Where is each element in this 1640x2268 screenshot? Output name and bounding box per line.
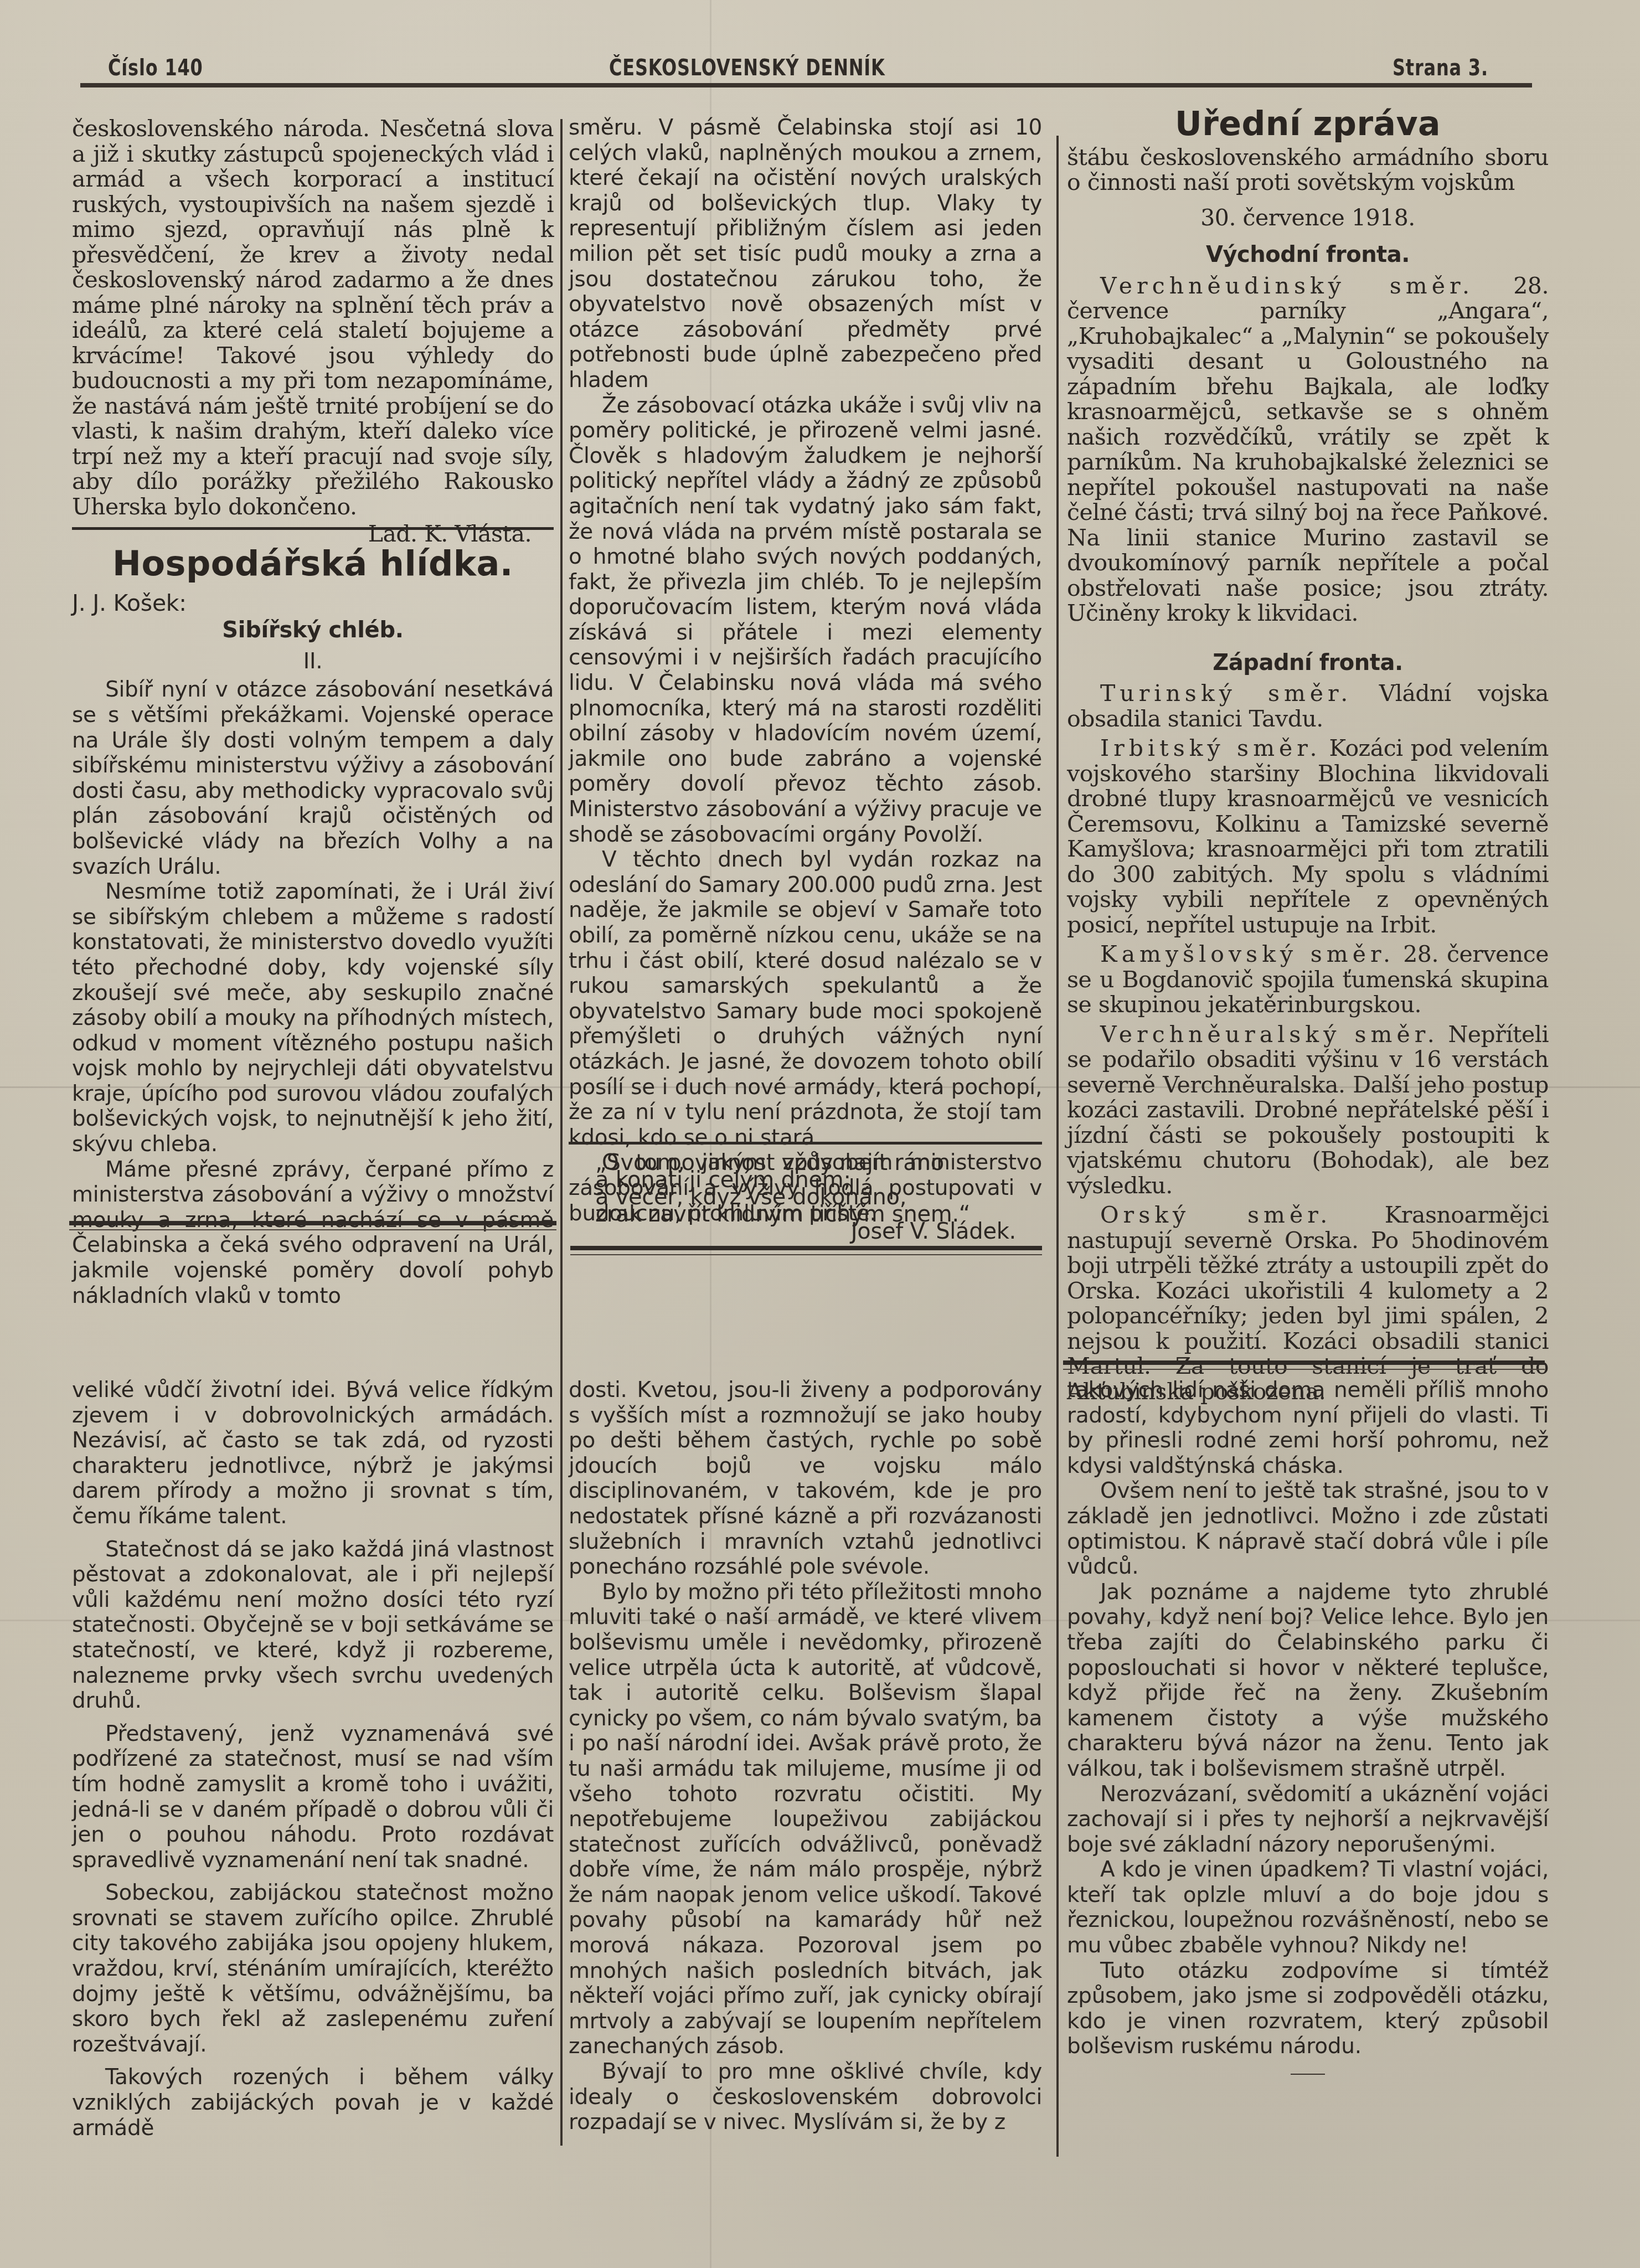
front-report: Kamyšlovský směr. 28. července se u Bogd…: [1067, 942, 1549, 1018]
poem-quote: „Svou povinnost vždy najít ráno a konati…: [595, 1154, 1033, 1240]
direction-label: Kamyšlovský směr.: [1100, 941, 1395, 967]
east-front-heading: Východní fronta.: [1067, 243, 1549, 268]
paragraph: Nesmíme totiž zapomínati, že i Urál živí…: [72, 879, 554, 1157]
front-report: Verchněudinský směr. 28. července parník…: [1067, 274, 1549, 626]
paragraph: Máme přesné zprávy, čerpané přímo z mini…: [72, 1157, 554, 1309]
front-report: Irbitský směr. Kozáci pod velením vojsko…: [1067, 736, 1549, 937]
front-report: Verchněuralský směr. Nepříteli se podaři…: [1067, 1022, 1549, 1199]
article-title: Sibířský chléb.: [72, 618, 554, 643]
part-number: II.: [72, 649, 554, 674]
direction-label: Irbitský směr.: [1100, 735, 1321, 761]
section-rule: [1063, 1369, 1545, 1370]
direction-label: Verchněuralský směr.: [1100, 1021, 1439, 1048]
direction-label: Orský směr.: [1100, 1202, 1332, 1228]
section-rule: [570, 1246, 1042, 1250]
bravery-article: veliké vůdčí životní idei. Bývá velice ř…: [72, 1378, 554, 2141]
section-rule: [1063, 1360, 1545, 1365]
newspaper-title: ČESKOSLOVENSKÝ DENNÍK: [609, 55, 885, 81]
bravery-article-end: takových lidí naši doma neměli příliš mn…: [1067, 1378, 1549, 2075]
paragraph: Tuto otázku zodpovíme si tímtéž způsobem…: [1067, 1958, 1549, 2059]
section-rule: [69, 1229, 556, 1230]
end-rule: [1291, 2074, 1325, 2075]
page-number: Strana 3.: [1393, 55, 1488, 81]
section-rule: [570, 1254, 1042, 1255]
paragraph: směru. V pásmě Čelabinska stojí asi 10 c…: [569, 115, 1042, 393]
paragraph: Bývají to pro mne ošklivé chvíle, kdy id…: [569, 2059, 1042, 2135]
paragraph: dosti. Kvetou, jsou-li živeny a podporov…: [569, 1378, 1042, 1580]
paragraph: Že zásobovací otázka ukáže i svůj vliv n…: [569, 393, 1042, 848]
article-continuation: československého národa. Nesčetná slova …: [72, 116, 554, 547]
paragraph: Ovšem není to ještě tak strašné, jsou to…: [1067, 1478, 1549, 1579]
front-report: Turinský směr. Vládní vojska obsadila st…: [1067, 681, 1549, 731]
report-subtitle: štábu československého armádního sboru o…: [1067, 145, 1549, 195]
official-report: Uřední zpráva štábu československého arm…: [1067, 112, 1549, 1404]
paragraph: A kdo je vinen úpadkem? Ti vlastní vojác…: [1067, 1857, 1549, 1958]
front-report: Orský směr. Krasnoarmějci nastupují seve…: [1067, 1203, 1549, 1404]
west-front-heading: Západní fronta.: [1067, 651, 1549, 676]
report-text: Krasnoarmějci nastupují severně Orska. P…: [1067, 1202, 1549, 1405]
economic-watch-section: Hospodářská hlídka. J. J. Košek: Sibířsk…: [72, 551, 554, 1308]
report-text: Nepříteli se podařilo obsaditi výšinu v …: [1067, 1021, 1549, 1199]
paragraph: takových lidí naši doma neměli příliš mn…: [1067, 1378, 1549, 1478]
column-divider: [1056, 136, 1059, 2157]
direction-label: Verchněudinský směr.: [1100, 272, 1474, 299]
article-text: československého národa. Nesčetná slova …: [72, 116, 554, 519]
report-text: Kozáci pod velením vojskového staršiny B…: [1067, 735, 1549, 938]
paragraph: Sobeckou, zabijáckou statečnost možno sr…: [72, 1880, 554, 2057]
report-text: 28. července parníky „Angara“, „Kruhobaj…: [1067, 272, 1549, 627]
paragraph: Bylo by možno při této příležitosti mnoh…: [569, 1580, 1042, 2059]
paragraph: veliké vůdčí životní idei. Bývá velice ř…: [72, 1378, 554, 1529]
section-rule: [69, 1221, 556, 1225]
section-rule: [569, 1142, 1042, 1145]
author: J. J. Košek:: [72, 591, 554, 616]
paragraph: Takových rozených i během války vzniklýc…: [72, 2065, 554, 2141]
report-title: Uřední zpráva: [1067, 112, 1549, 137]
paragraph: V těchto dnech byl vydán rozkaz na odesl…: [569, 847, 1042, 1150]
masthead-rule: [80, 83, 1532, 87]
issue-number: Číslo 140: [108, 55, 203, 81]
paragraph: Sibíř nyní v otázce zásobování nesetkává…: [72, 677, 554, 879]
section-rule: [72, 527, 554, 530]
bravery-article-continued: dosti. Kvetou, jsou-li živeny a podporov…: [569, 1378, 1042, 2135]
report-date: 30. července 1918.: [1067, 205, 1549, 231]
economic-watch-continued: směru. V pásmě Čelabinska stojí asi 10 c…: [569, 115, 1042, 1226]
paragraph: Nerozvázaní, svědomití a ukáznění vojáci…: [1067, 1782, 1549, 1858]
column-divider: [560, 119, 563, 2146]
paragraph: Představený, jenž vyznamenává své podříz…: [72, 1721, 554, 1873]
paragraph: Statečnost dá se jako každá jiná vlastno…: [72, 1537, 554, 1714]
section-title: Hospodářská hlídka.: [72, 551, 554, 576]
paragraph: Jak poznáme a najdeme tyto zhrublé povah…: [1067, 1580, 1549, 1782]
direction-label: Turinský směr.: [1100, 680, 1352, 707]
